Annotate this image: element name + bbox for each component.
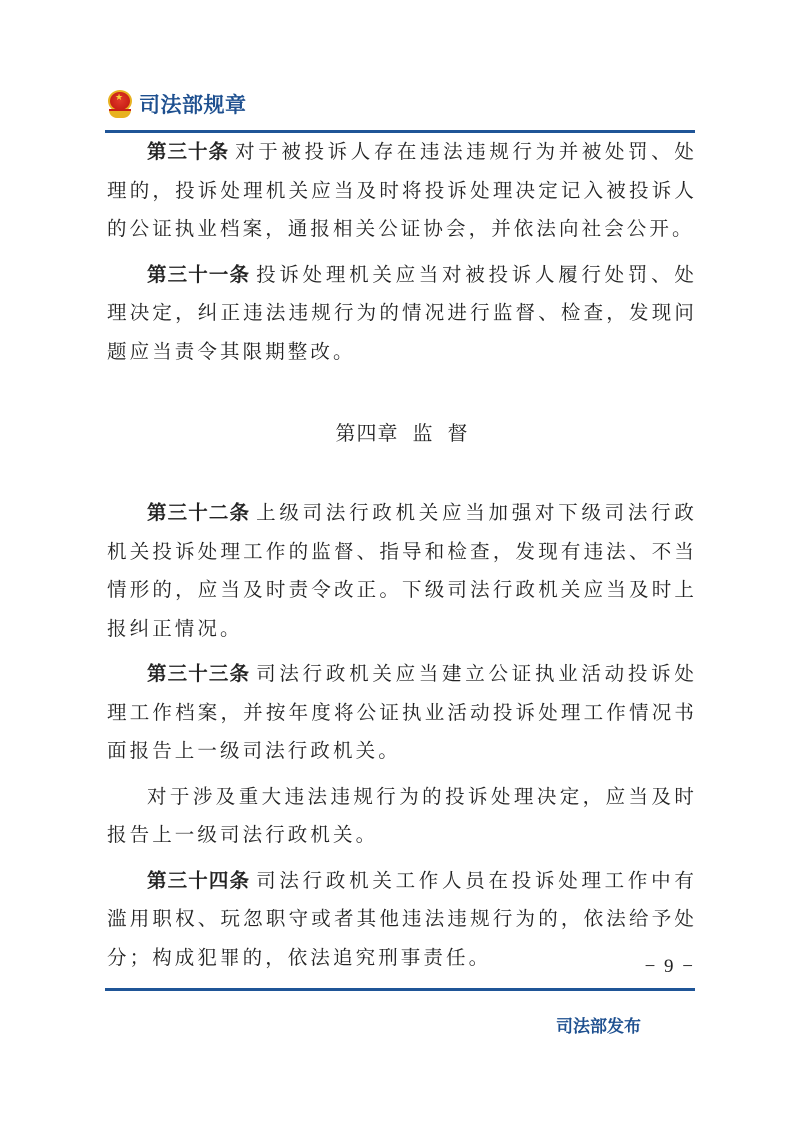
- article-label: 第三十二条: [147, 501, 250, 524]
- page-number: − 9 −: [640, 956, 695, 978]
- footer-publisher: 司法部发布: [556, 1012, 641, 1037]
- article-33: 第三十三条司法行政机关应当建立公证执业活动投诉处理工作档案，并按年度将公证执业活…: [107, 655, 697, 771]
- document-body: 第三十条对于被投诉人存在违法违规行为并被处罚、处理的，投诉处理机关应当及时将投诉…: [107, 133, 697, 977]
- article-label: 第三十一条: [147, 263, 250, 286]
- article-34: 第三十四条司法行政机关工作人员在投诉处理工作中有滥用职权、玩忽职守或者其他违法违…: [107, 862, 697, 978]
- header-title: 司法部规章: [139, 89, 247, 119]
- article-text: 对于涉及重大违法违规行为的投诉处理决定，应当及时报告上一级司法行政机关。: [107, 785, 697, 847]
- chapter-number: 第四章: [336, 421, 399, 445]
- article-32: 第三十二条上级司法行政机关应当加强对下级司法行政机关投诉处理工作的监督、指导和检…: [107, 494, 697, 648]
- article-31: 第三十一条投诉处理机关应当对被投诉人履行处罚、处理决定，纠正违法违规行为的情况进…: [107, 256, 697, 372]
- national-emblem-icon: ★: [105, 89, 135, 119]
- chapter-title-2: 督: [448, 421, 469, 445]
- chapter-heading: 第四章监督: [107, 417, 697, 446]
- chapter-title-1: 监: [413, 421, 434, 445]
- article-label: 第三十三条: [147, 662, 250, 685]
- article-33-clause-2: 对于涉及重大违法违规行为的投诉处理决定，应当及时报告上一级司法行政机关。: [107, 778, 697, 855]
- article-label: 第三十四条: [147, 869, 250, 892]
- article-label: 第三十条: [147, 140, 229, 163]
- footer-divider: [105, 988, 695, 991]
- page-header: ★ 司法部规章: [105, 86, 247, 122]
- article-30: 第三十条对于被投诉人存在违法违规行为并被处罚、处理的，投诉处理机关应当及时将投诉…: [107, 133, 697, 249]
